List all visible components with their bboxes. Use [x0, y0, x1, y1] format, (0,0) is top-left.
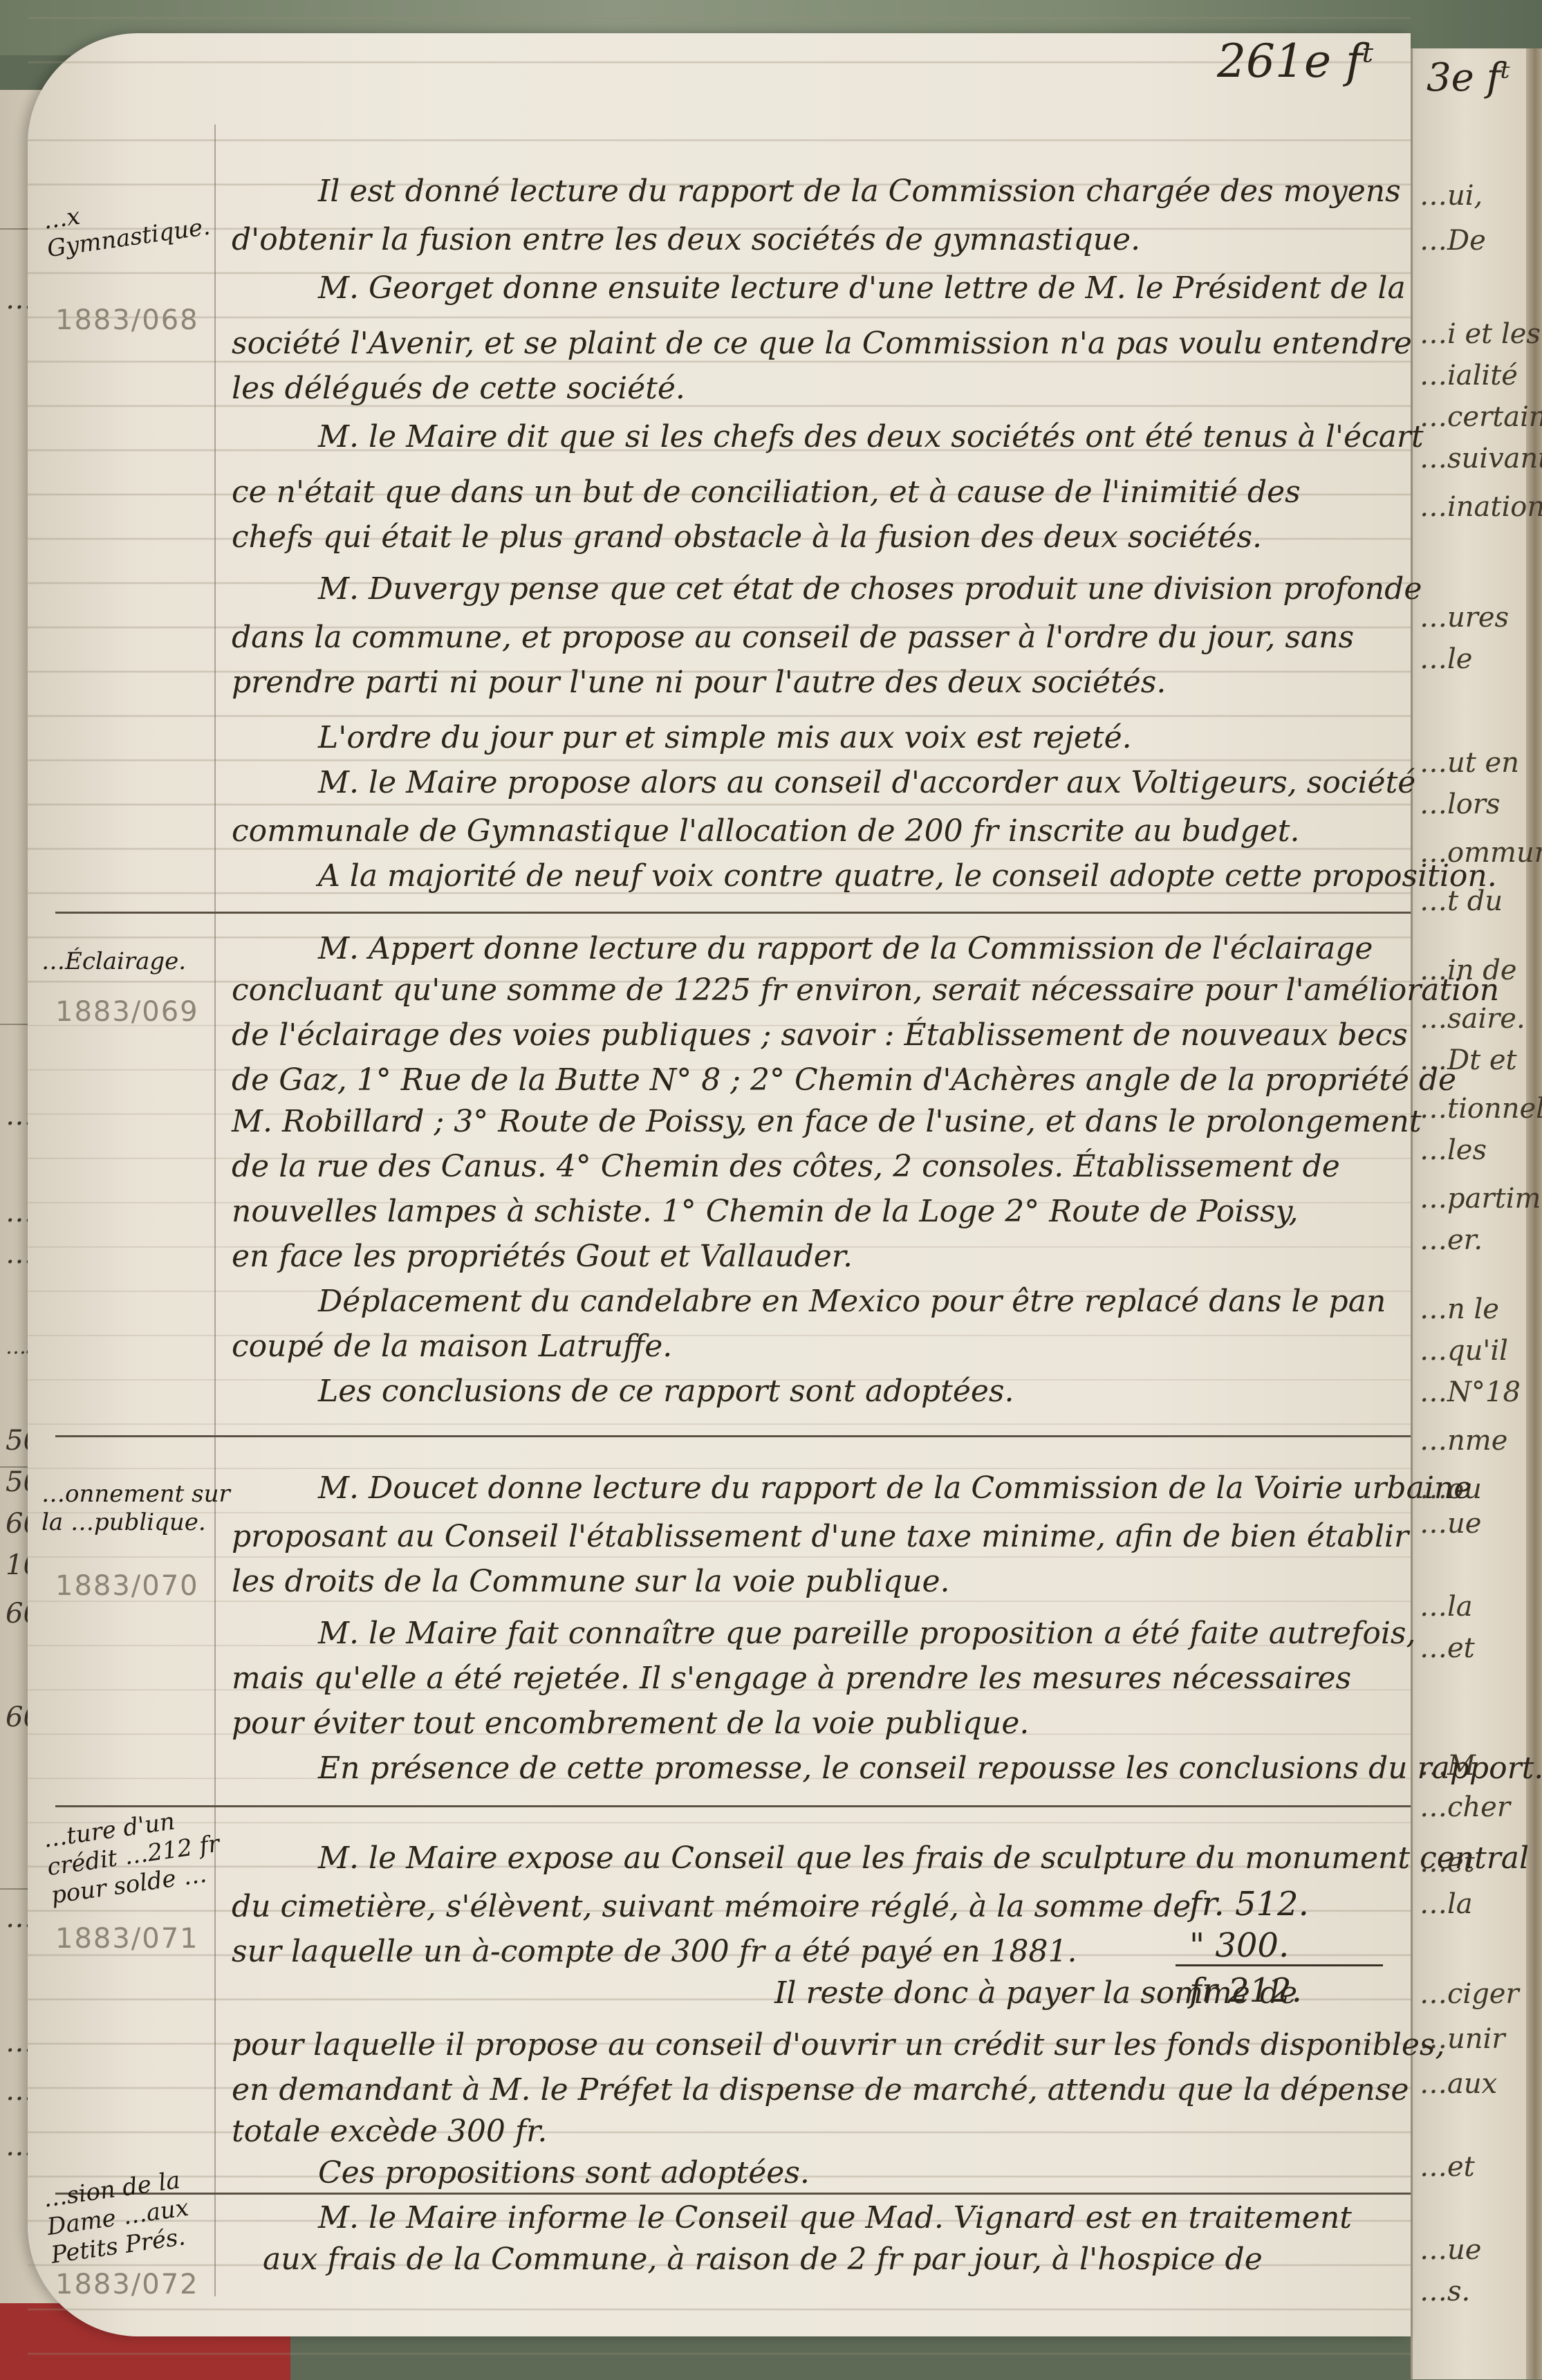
right-fragment: …ures [1420, 602, 1509, 634]
text-line: de la rue des Canus. 4° Chemin des côtes… [232, 1152, 1340, 1182]
right-fragment: …i et les [1420, 318, 1541, 350]
text-line: Ces propositions sont adoptées. [318, 2158, 810, 2188]
text-line: en face les propriétés Gout et Vallauder… [232, 1242, 853, 1272]
folio-number-right: 3e fᵗ [1427, 55, 1510, 100]
right-fragment: …la [1420, 1591, 1473, 1623]
right-fragment: …ialité [1420, 360, 1518, 391]
text-line: M. le Maire informe le Conseil que Mad. … [318, 2203, 1352, 2233]
text-line: société l'Avenir, et se plaint de ce que… [232, 329, 1412, 359]
right-fragment: …les [1420, 1134, 1487, 1166]
text-line: concluant qu'une somme de 1225 fr enviro… [232, 975, 1499, 1006]
archive-reference: 1883/072 [55, 2269, 199, 2300]
text-line: Les conclusions de ce rapport sont adopt… [318, 1376, 1014, 1407]
text-line: M. le Maire expose au Conseil que les fr… [318, 1843, 1529, 1874]
text-line: M. Appert donne lecture du rapport de la… [318, 934, 1373, 964]
entry-divider [55, 1805, 1411, 1807]
text-line: pour laquelle il propose au conseil d'ou… [232, 2030, 1445, 2060]
text-line: de l'éclairage des voies publiques ; sav… [232, 1020, 1408, 1051]
right-fragment: …ue [1420, 1508, 1481, 1540]
text-line: dans la commune, et propose au conseil d… [232, 622, 1354, 653]
right-fragment: …qu'il [1420, 1335, 1508, 1367]
right-fragment: …nme [1420, 1425, 1507, 1457]
archive-reference: 1883/069 [55, 996, 199, 1028]
right-fragment: …et [1420, 2151, 1475, 2183]
text-line: nouvelles lampes à schiste. 1° Chemin de… [232, 1197, 1299, 1227]
entry-divider [55, 912, 1411, 914]
text-line: M. le Maire propose alors au conseil d'a… [318, 768, 1415, 798]
right-fragment: …le [1420, 643, 1472, 675]
right-fragment: …er. [1420, 1224, 1483, 1256]
text-line: les droits de la Commune sur la voie pub… [232, 1567, 950, 1597]
text-line: prendre parti ni pour l'une ni pour l'au… [232, 667, 1166, 698]
text-line: du cimetière, s'élèvent, suivant mémoire… [232, 1892, 1191, 1922]
text-line: M. le Maire dit que si les chefs des deu… [318, 422, 1424, 452]
right-fragment: …suivant [1420, 443, 1542, 474]
text-line: A la majorité de neuf voix contre quatre… [318, 861, 1497, 892]
text-line: d'obtenir la fusion entre les deux socié… [232, 225, 1140, 255]
entry-divider [55, 1435, 1411, 1437]
text-line: M. Georget donne ensuite lecture d'une l… [318, 273, 1406, 304]
text-line: L'ordre du jour pur et simple mis aux vo… [318, 723, 1132, 753]
folio-number: 261e fᵗ [1217, 35, 1374, 88]
text-line: aux frais de la Commune, à raison de 2 f… [263, 2244, 1263, 2275]
text-line: de Gaz, 1° Rue de la Butte N° 8 ; 2° Che… [232, 1065, 1456, 1096]
text-line: En présence de cette promesse, le consei… [318, 1753, 1542, 1784]
archive-reference: 1883/070 [55, 1570, 199, 1602]
amount-paid: " 300. [1189, 1926, 1289, 1965]
text-line: coupé de la maison Latruffe. [232, 1331, 672, 1362]
text-line: M. Doucet donne lecture du rapport de la… [318, 1473, 1471, 1504]
text-line: Il est donné lecture du rapport de la Co… [318, 176, 1401, 207]
right-fragment: …cher [1420, 1791, 1510, 1823]
right-fragment: …s. [1420, 2276, 1470, 2307]
right-fragment: …aux [1420, 2068, 1497, 2100]
text-line: en demandant à M. le Préfet la dispense … [232, 2075, 1409, 2105]
right-fragment: …ut en [1420, 747, 1519, 779]
right-fragment: …n le [1420, 1293, 1499, 1325]
text-line: pour éviter tout encombrement de la voie… [232, 1708, 1029, 1739]
text-line: sur laquelle un à-compte de 300 fr a été… [232, 1937, 1077, 1967]
text-line: mais qu'elle a été rejetée. Il s'engage … [232, 1663, 1351, 1694]
archive-reference: 1883/068 [55, 304, 199, 336]
text-line: M. le Maire fait connaître que pareille … [318, 1618, 1415, 1649]
right-fragment: …partim- [1420, 1183, 1542, 1215]
right-fragment: …et [1420, 1632, 1475, 1664]
right-fragment: …lors [1420, 788, 1501, 820]
text-line: Déplacement du candelabre en Mexico pour… [318, 1286, 1386, 1317]
archive-reference: 1883/071 [55, 1923, 199, 1955]
text-line: communale de Gymnastique l'allocation de… [232, 816, 1299, 847]
right-fragment: …ue [1420, 2234, 1481, 2266]
sum-rule [1176, 1964, 1383, 1966]
right-fragment: …ination [1420, 491, 1542, 523]
right-fragment: …N°18 [1420, 1376, 1521, 1408]
right-fragment: …De [1420, 225, 1486, 257]
margin-title: …Éclairage. [41, 948, 235, 976]
entry-divider [55, 2193, 1411, 2195]
text-line: chefs qui était le plus grand obstacle à… [232, 522, 1262, 553]
right-fragment: …ciger [1420, 1978, 1519, 2010]
amount-remaining: fr 212. [1189, 1971, 1302, 2010]
right-fragment: …la [1420, 1888, 1473, 1920]
margin-rule [214, 124, 216, 2296]
text-line: les délégués de cette société. [232, 373, 685, 404]
text-line: totale excède 300 fr. [232, 2116, 547, 2147]
right-fragment: …certains [1420, 401, 1542, 433]
right-fragment: …ui, [1420, 180, 1483, 212]
text-line: proposant au Conseil l'établissement d'u… [232, 1522, 1409, 1552]
text-line: M. Duvergy pense que cet état de choses … [318, 574, 1422, 605]
text-line: M. Robillard ; 3° Route de Poissy, en fa… [232, 1107, 1422, 1137]
amount-total: fr. 512. [1189, 1885, 1309, 1924]
margin-title: …onnement sur la …publique. [41, 1480, 235, 1537]
text-line: ce n'était que dans un but de conciliati… [232, 477, 1301, 508]
